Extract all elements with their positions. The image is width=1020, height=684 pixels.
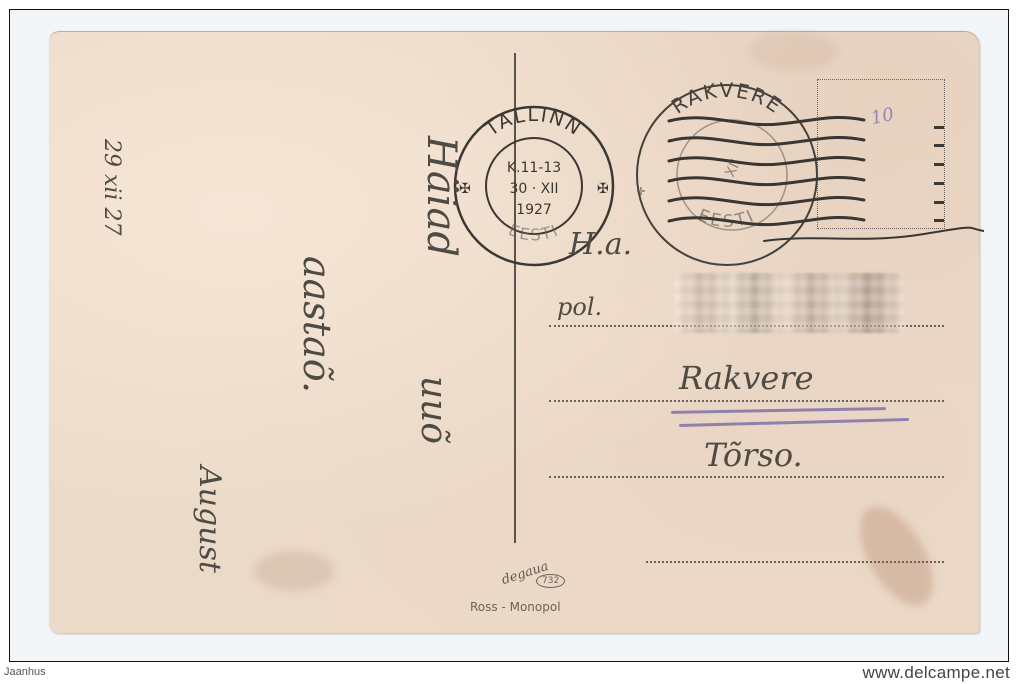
message-date: 29 xii 27: [99, 139, 124, 235]
svg-text:RAKVERE: RAKVERE: [667, 78, 787, 119]
cancellation-tick: [934, 219, 944, 222]
svg-text:1927: 1927: [516, 202, 552, 218]
stain: [749, 31, 839, 71]
violet-underline: [679, 418, 909, 427]
stain: [845, 495, 948, 618]
svg-text:✛: ✛: [636, 185, 645, 198]
cancellation-tick: [934, 182, 944, 185]
cancellation-tick: [934, 163, 944, 166]
site-watermark: www.delcampe.net: [863, 663, 1010, 683]
stain: [254, 551, 334, 591]
wavy-cancellation: [664, 116, 984, 246]
svg-text:30 · XII: 30 · XII: [509, 181, 558, 197]
violet-underline: [671, 407, 886, 414]
address-line-2-prefix: pol.: [557, 293, 602, 321]
publisher-number: 732: [536, 574, 565, 588]
message-line-2: uuõ: [413, 376, 454, 444]
address-line-4: [646, 561, 944, 563]
message-line-3: aastaõ.: [295, 256, 339, 393]
svg-text:TALLINN: TALLINN: [481, 104, 586, 141]
cancellation-tick: [934, 126, 944, 129]
address-line-1-text: H.a.: [569, 227, 632, 262]
seller-name: Jaanhus: [4, 666, 46, 678]
svg-text:EESTI: EESTI: [506, 220, 562, 244]
svg-text:✠: ✠: [597, 181, 609, 197]
address-line-3: [549, 476, 944, 478]
address-line-4-text: Tõrso.: [704, 436, 803, 474]
postcard: 10 TALLINN EESTI K.11-13 30 · XII 1927 ✠…: [49, 31, 979, 633]
message-line-1: Häiad: [418, 136, 464, 257]
address-line-3-text: Rakvere: [679, 359, 814, 397]
message-signature: August: [192, 466, 227, 573]
cancellation-tick: [934, 144, 944, 147]
cancellation-tick: [934, 201, 944, 204]
svg-text:K.11-13: K.11-13: [507, 160, 561, 176]
publisher-name: Ross - Monopol: [470, 600, 561, 614]
address-line-2: [549, 400, 944, 402]
redacted-name: [674, 273, 904, 333]
